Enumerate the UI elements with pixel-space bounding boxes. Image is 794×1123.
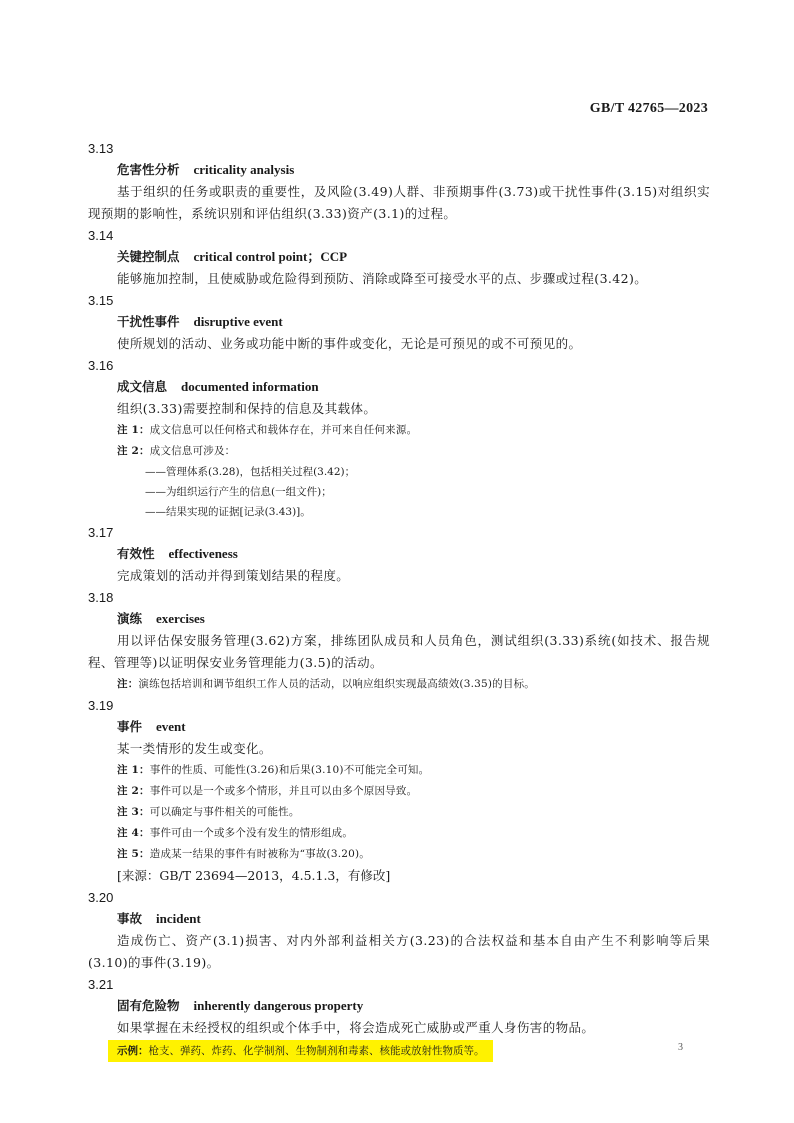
term-zh: 危害性分析 [117, 162, 180, 177]
term-en: disruptive event [194, 314, 283, 329]
note-text: 事件可由一个或多个没有发生的情形组成。 [150, 827, 353, 839]
definition: 用以评估保安服务管理(3.62)方案，排练团队成员和人员角色，测试组织(3.33… [88, 630, 710, 674]
clause-number: 3.21 [88, 974, 710, 995]
term-en: documented information [181, 379, 319, 394]
note-text: 事件的性质、可能性(3.26)和后果(3.10)不可能完全可知。 [150, 764, 430, 776]
highlighted-example: 示例：枪支、弹药、炸药、化学制剂、生物制剂和毒素、核能或放射性物质等。 [108, 1040, 493, 1062]
clause-number: 3.17 [88, 522, 710, 543]
definition: 能够施加控制，且使威胁或危险得到预防、消除或降至可接受水平的点、步骤或过程(3.… [88, 268, 710, 290]
term-heading: 成文信息documented information [117, 376, 710, 398]
term-heading: 固有危险物inherently dangerous property [117, 995, 710, 1017]
note: 注 5：造成某一结果的事件有时被称为“事故(3.20)。 [117, 844, 710, 865]
term-en: event [156, 719, 186, 734]
note-label: 注 1： [117, 424, 150, 436]
term-heading: 事件event [117, 716, 710, 738]
clause-3-17: 3.17 有效性effectiveness 完成策划的活动并得到策划结果的程度。 [88, 522, 710, 587]
term-en: critical control point；CCP [194, 249, 348, 264]
note: 注 1：事件的性质、可能性(3.26)和后果(3.10)不可能完全可知。 [117, 760, 710, 781]
note-label: 注 3： [117, 806, 150, 818]
list-item: ——为组织运行产生的信息(一组文件)； [145, 482, 710, 502]
note-label: 注 2： [117, 785, 150, 797]
term-zh: 固有危险物 [117, 998, 180, 1013]
term-heading: 事故incident [117, 908, 710, 930]
note: 注 2：事件可以是一个或多个情形，并且可以由多个原因导致。 [117, 781, 710, 802]
standard-code-header: GB/T 42765—2023 [590, 101, 708, 117]
definition: 组织(3.33)需要控制和保持的信息及其载体。 [88, 398, 710, 420]
page-number: 3 [678, 1042, 683, 1053]
note-text: 事件可以是一个或多个情形，并且可以由多个原因导致。 [150, 785, 418, 797]
term-heading: 有效性effectiveness [117, 543, 710, 565]
term-zh: 关键控制点 [117, 249, 180, 264]
example-text: 枪支、弹药、炸药、化学制剂、生物制剂和毒素、核能或放射性物质等。 [149, 1045, 485, 1057]
term-zh: 干扰性事件 [117, 314, 180, 329]
clause-number: 3.16 [88, 355, 710, 376]
note-label: 注 4： [117, 827, 150, 839]
note-text: 造成某一结果的事件有时被称为“事故(3.20)。 [150, 848, 370, 860]
term-zh: 有效性 [117, 546, 155, 561]
note-label: 注 5： [117, 848, 150, 860]
list-item: ——结果实现的证据[记录(3.43)]。 [145, 502, 710, 522]
term-heading: 关键控制点critical control point；CCP [117, 246, 710, 268]
note-text: 可以确定与事件相关的可能性。 [150, 806, 300, 818]
clause-number: 3.18 [88, 587, 710, 608]
definition: 某一类情形的发生或变化。 [88, 738, 710, 760]
term-en: inherently dangerous property [194, 998, 364, 1013]
term-heading: 干扰性事件disruptive event [117, 311, 710, 333]
note-label: 注 1： [117, 764, 150, 776]
note-label: 注： [117, 678, 138, 690]
clause-3-13: 3.13 危害性分析criticality analysis 基于组织的任务或职… [88, 138, 710, 225]
clause-3-15: 3.15 干扰性事件disruptive event 使所规划的活动、业务或功能… [88, 290, 710, 355]
term-zh: 事故 [117, 911, 142, 926]
example-label: 示例： [117, 1045, 149, 1057]
note-text: 成文信息可涉及： [150, 445, 236, 457]
clause-3-16: 3.16 成文信息documented information 组织(3.33)… [88, 355, 710, 522]
term-heading: 演练exercises [117, 608, 710, 630]
clause-3-18: 3.18 演练exercises 用以评估保安服务管理(3.62)方案，排练团队… [88, 587, 710, 695]
clause-number: 3.15 [88, 290, 710, 311]
term-zh: 事件 [117, 719, 142, 734]
list-item: ——管理体系(3.28)，包括相关过程(3.42)； [145, 462, 710, 482]
note-text: 成文信息可以任何格式和载体存在，并可来自任何来源。 [150, 424, 418, 436]
definition: 造成伤亡、资产(3.1)损害、对内外部利益相关方(3.23)的合法权益和基本自由… [88, 930, 710, 974]
note: 注 1：成文信息可以任何格式和载体存在，并可来自任何来源。 [117, 420, 710, 441]
source-reference: [来源：GB/T 23694—2013，4.5.1.3，有修改] [117, 865, 710, 887]
term-en: criticality analysis [194, 162, 295, 177]
term-zh: 成文信息 [117, 379, 167, 394]
note-label: 注 2： [117, 445, 150, 457]
term-en: exercises [156, 611, 205, 626]
clause-number: 3.19 [88, 695, 710, 716]
term-en: effectiveness [169, 546, 238, 561]
definition: 基于组织的任务或职责的重要性，及风险(3.49)人群、非预期事件(3.73)或干… [88, 181, 710, 225]
clause-3-21: 3.21 固有危险物inherently dangerous property … [88, 974, 710, 1062]
clause-3-19: 3.19 事件event 某一类情形的发生或变化。 注 1：事件的性质、可能性(… [88, 695, 710, 887]
term-zh: 演练 [117, 611, 142, 626]
note: 注 4：事件可由一个或多个没有发生的情形组成。 [117, 823, 710, 844]
term-heading: 危害性分析criticality analysis [117, 159, 710, 181]
definition: 如果掌握在未经授权的组织或个体手中，将会造成死亡威胁或严重人身伤害的物品。 [88, 1017, 710, 1039]
clause-number: 3.13 [88, 138, 710, 159]
note: 注 2：成文信息可涉及： [117, 441, 710, 462]
definition: 完成策划的活动并得到策划结果的程度。 [88, 565, 710, 587]
clause-3-14: 3.14 关键控制点critical control point；CCP 能够施… [88, 225, 710, 290]
term-en: incident [156, 911, 201, 926]
definition: 使所规划的活动、业务或功能中断的事件或变化，无论是可预见的或不可预见的。 [88, 333, 710, 355]
note-text: 演练包括培训和调节组织工作人员的活动，以响应组织实现最高绩效(3.35)的目标。 [138, 678, 535, 690]
note: 注 3：可以确定与事件相关的可能性。 [117, 802, 710, 823]
note: 注：演练包括培训和调节组织工作人员的活动，以响应组织实现最高绩效(3.35)的目… [117, 674, 710, 695]
clause-number: 3.14 [88, 225, 710, 246]
clause-number: 3.20 [88, 887, 710, 908]
document-body: 3.13 危害性分析criticality analysis 基于组织的任务或职… [88, 138, 710, 1062]
clause-3-20: 3.20 事故incident 造成伤亡、资产(3.1)损害、对内外部利益相关方… [88, 887, 710, 974]
